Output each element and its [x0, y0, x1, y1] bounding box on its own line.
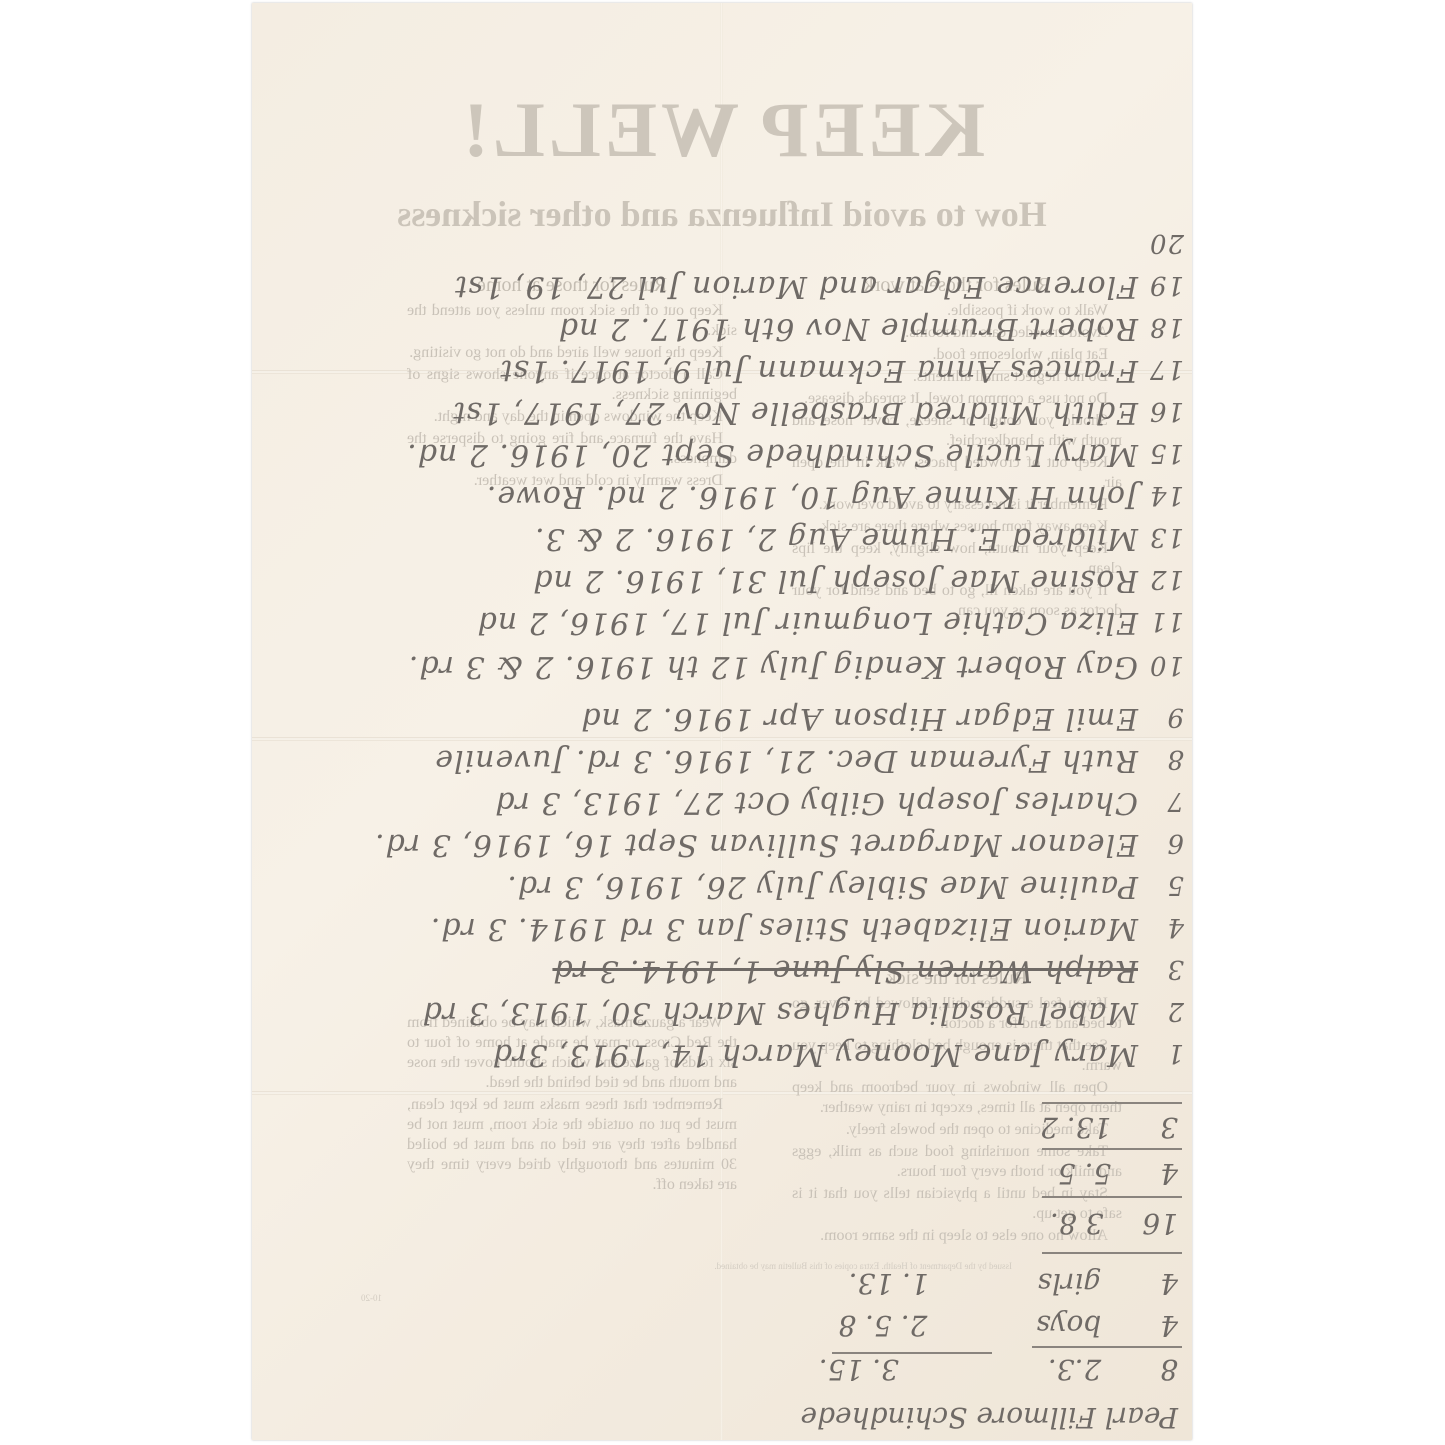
list-entry: 4Marion Elizabeth Stiles Jan 3 rd 1914. …	[430, 911, 1184, 946]
list-entry: 8Ruth Fyreman Dec. 21, 1916. 3 rd. Juven…	[434, 743, 1184, 778]
tally-row: 4 boys 2. 5. 8	[838, 1309, 1178, 1342]
tally-rule	[1042, 1252, 1182, 1254]
list-entry: 19Florence Edgar and Marion Jul 27, 19, …	[454, 269, 1184, 304]
tally-rule	[1032, 1346, 1182, 1348]
tally-row: 16 3 8.	[1050, 1207, 1178, 1240]
list-entry: 12Rosine Mae Joseph Jul 31, 1916. 2 nd	[532, 563, 1184, 598]
list-entry: 10Gay Robert Kendig July 12 th 1916. 2 &…	[408, 649, 1184, 684]
list-entry: 5Pauline Mae Sibley July 26, 1916, 3 rd.	[506, 869, 1184, 904]
tally-rule	[1042, 1148, 1182, 1150]
list-entry: 1Mary Jane Mooney March 14, 1913, 3rd	[492, 1037, 1184, 1072]
tally-rule	[1042, 1196, 1182, 1198]
tally-row: 8 2.3. 3. 15.	[819, 1353, 1178, 1386]
list-entry: 2Mabel Rosalia Hughes March 30, 1913, 3 …	[422, 995, 1184, 1030]
list-entry: 14John H Kinne Aug 10, 1916. 2 nd. Rowe.	[486, 479, 1184, 514]
tally-header: Pearl Fillmore Schindhede	[800, 1401, 1178, 1434]
tally-rule	[832, 1352, 992, 1354]
list-entry-struck-through: 3Ralph Warren Sly June 1, 1914. 3 rd	[552, 953, 1184, 988]
list-entry: 7Charles Joseph Gilby Oct 27, 1913, 3 rd	[494, 785, 1184, 820]
list-entry: 16Edith Mildred Brasbelle Nov 27, 1917, …	[452, 395, 1184, 430]
tally-row: 4 girls 1. 13.	[849, 1267, 1178, 1300]
handwritten-pencil-list: Pearl Fillmore Schindhede 8 2.3. 3. 15. …	[252, 3, 1192, 1440]
list-entry: 13Mildred E. Hume Aug 2, 1916. 2 & 3.	[534, 521, 1184, 556]
tally-rule	[1042, 1102, 1182, 1104]
list-entry: 18Robert Brumple Nov 6th 1917. 2 nd	[558, 311, 1184, 346]
scanned-paper-sheet: KEEP WELL! How to avoid Influenza and ot…	[252, 3, 1192, 1440]
list-entry: 6Eleanor Margaret Sullivan Sept 16, 1916…	[374, 827, 1184, 862]
list-entry: 15Mary Lucile Schindhede Sept 20, 1916. …	[406, 437, 1184, 472]
tally-row: 3 13. 2	[1040, 1111, 1178, 1144]
tally-row: 4 5. 5	[1058, 1157, 1178, 1190]
list-entry: 20	[1138, 227, 1184, 262]
list-entry: 9Emil Edgar Hipson Apr 1916. 2 nd	[580, 701, 1184, 736]
list-entry: 11Eliza Cathie Longmuir Jul 17, 1916, 2 …	[477, 605, 1184, 640]
list-entry: 17Frances Anna Eckmann Jul 9, 1917. 1st	[499, 353, 1184, 388]
